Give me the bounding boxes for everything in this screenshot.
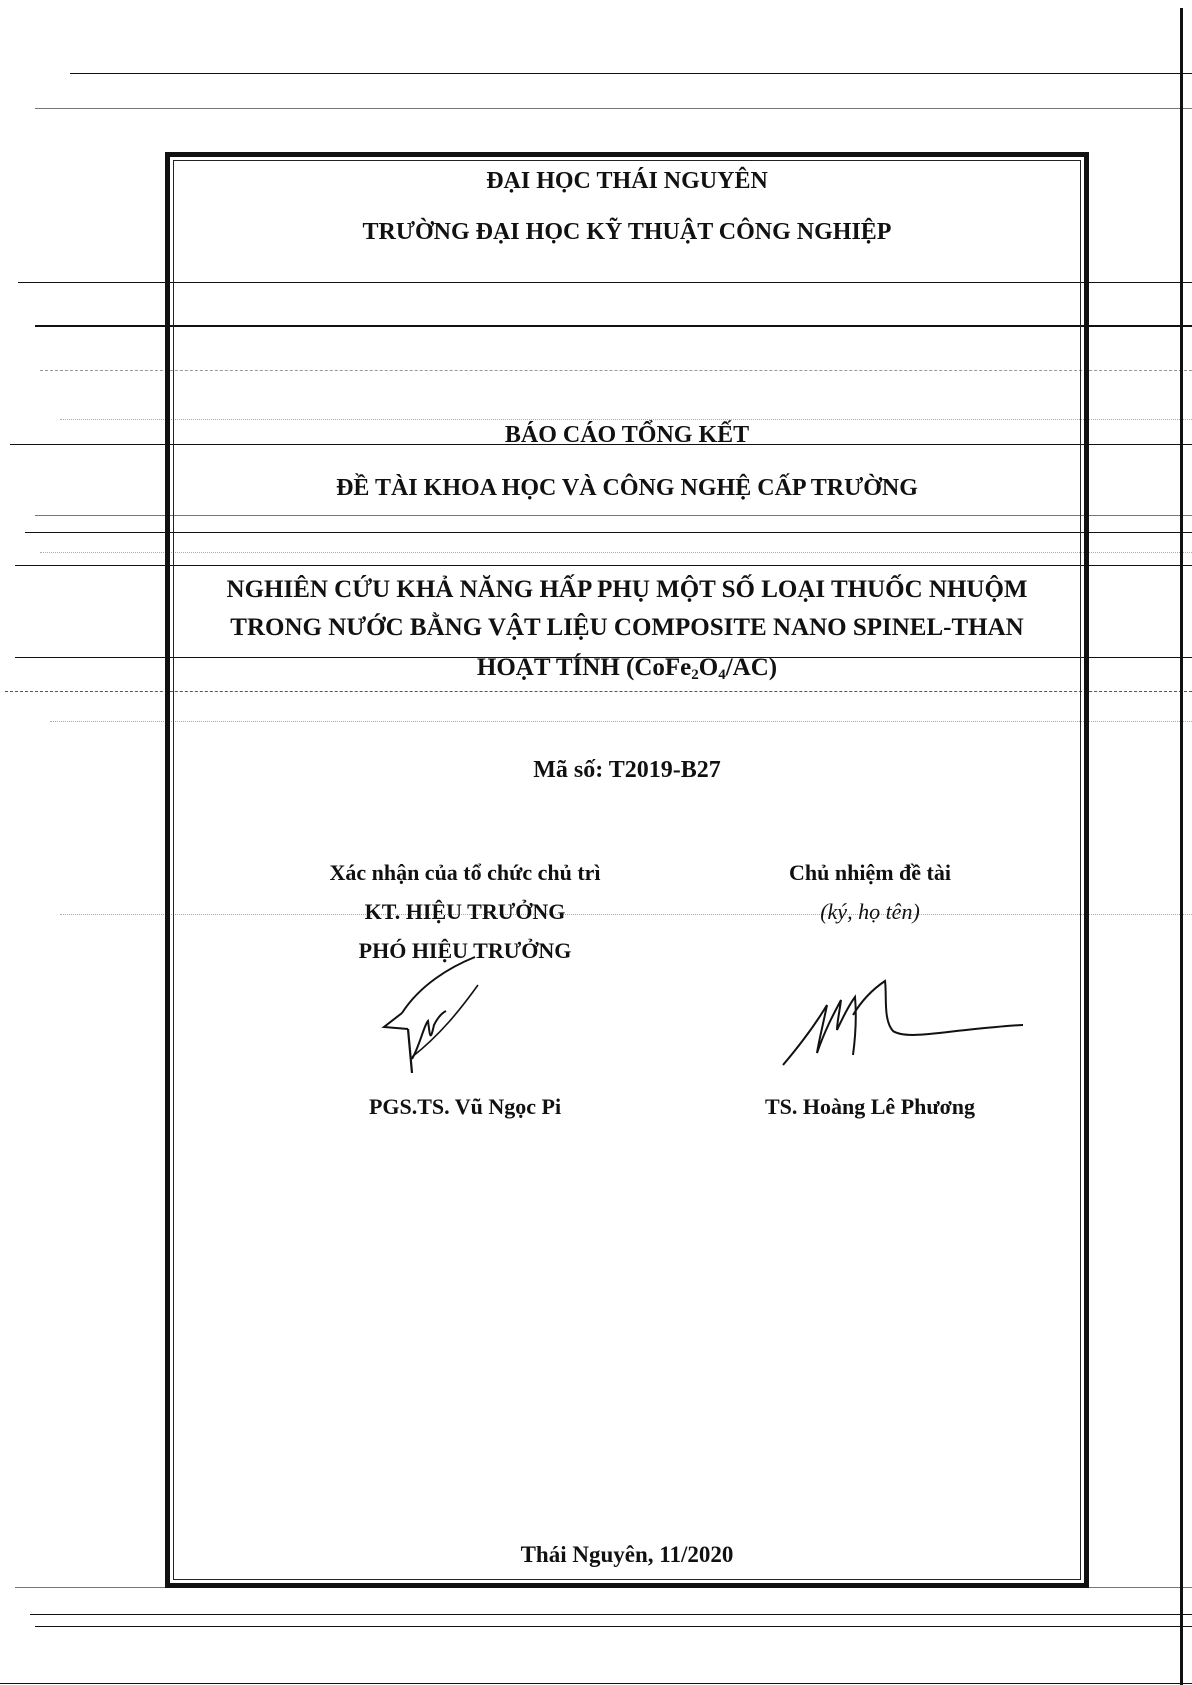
title-text: /AC) <box>726 654 777 681</box>
subscript: 2 <box>691 667 699 683</box>
scan-line <box>35 1626 1192 1627</box>
host-role-1: KT. HIỆU TRƯỞNG <box>290 899 640 925</box>
host-signer-name: PGS.TS. Vũ Ngọc Pi <box>290 1094 640 1120</box>
subscript: 4 <box>718 667 726 683</box>
title-text: O <box>699 654 718 681</box>
scan-line <box>30 1614 1192 1615</box>
place-date: Thái Nguyên, 11/2020 <box>173 1542 1081 1568</box>
scan-line <box>70 73 1192 74</box>
pi-name: TS. Hoàng Lê Phương <box>700 1094 1040 1120</box>
host-org-label: Xác nhận của tổ chức chủ trì <box>290 860 640 886</box>
pi-label: Chủ nhiệm đề tài <box>700 860 1040 886</box>
signature-left-icon <box>380 955 510 1075</box>
project-title-line-3: HOẠT TÍNH (CoFe2O4/AC) <box>173 654 1081 682</box>
title-text: HOẠT TÍNH (CoFe <box>477 654 691 681</box>
signature-right-icon <box>775 975 1025 1070</box>
project-code: Mã số: T2019-B27 <box>173 757 1081 784</box>
project-title-line-2: TRONG NƯỚC BẰNG VẬT LIỆU COMPOSITE NANO … <box>173 614 1081 642</box>
scan-edge-line <box>1180 8 1183 1685</box>
report-type: BÁO CÁO TỔNG KẾT <box>173 422 1081 449</box>
scan-line <box>35 108 1192 109</box>
project-title-line-1: NGHIÊN CỨU KHẢ NĂNG HẤP PHỤ MỘT SỐ LOẠI … <box>173 576 1081 604</box>
school-name: TRƯỜNG ĐẠI HỌC KỸ THUẬT CÔNG NGHIỆP <box>173 219 1081 246</box>
report-level: ĐỀ TÀI KHOA HỌC VÀ CÔNG NGHỆ CẤP TRƯỜNG <box>173 475 1081 502</box>
university-name: ĐẠI HỌC THÁI NGUYÊN <box>173 168 1081 195</box>
pi-sign-note: (ký, họ tên) <box>700 899 1040 925</box>
scan-line <box>0 1683 1192 1684</box>
